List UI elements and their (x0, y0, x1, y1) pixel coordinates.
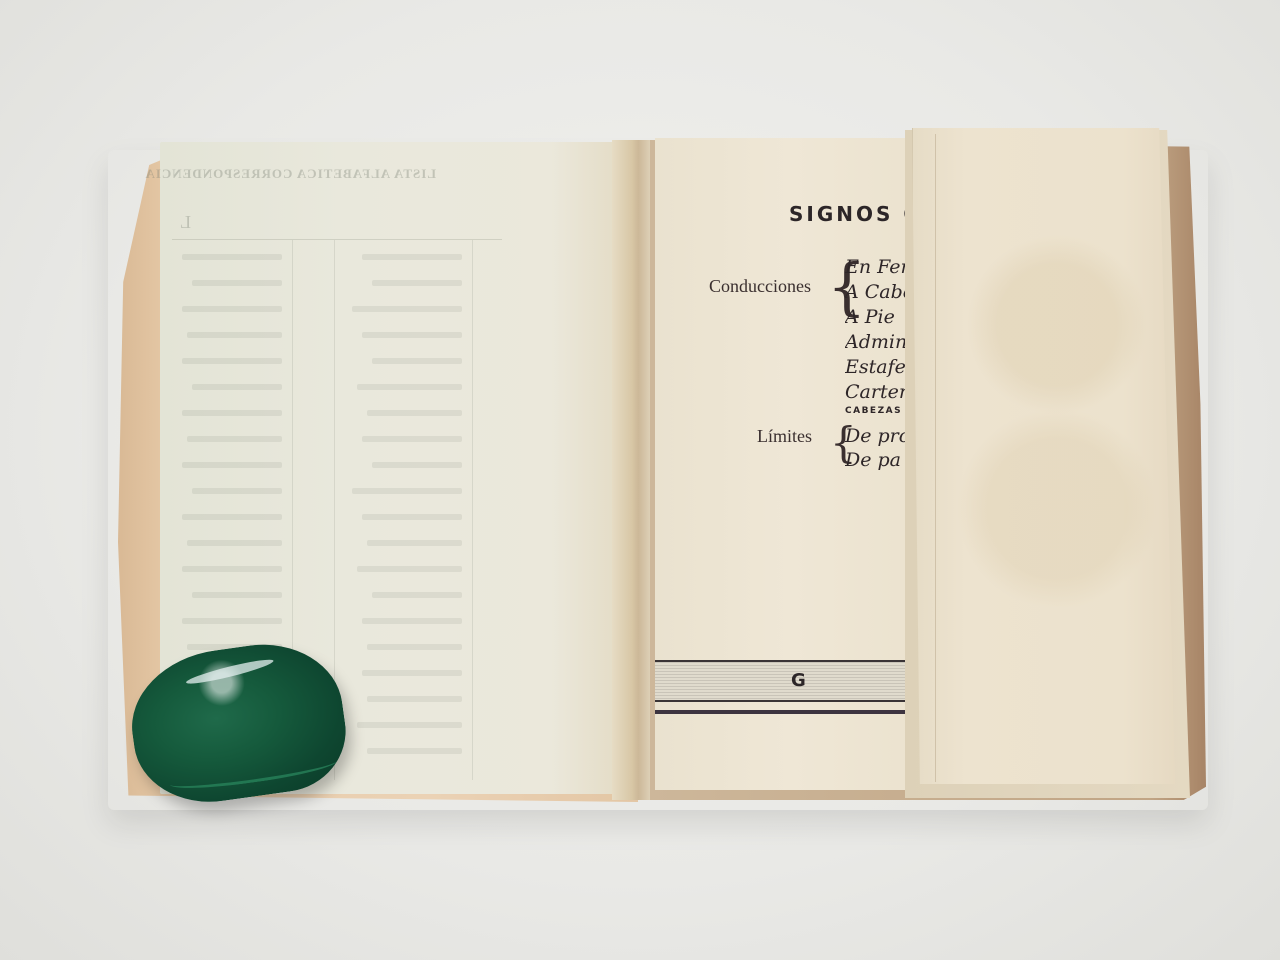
fold-crease (935, 134, 936, 782)
script-item: De pa (845, 449, 915, 471)
table-row (187, 540, 282, 546)
script-item: Estafet (845, 356, 915, 378)
table-row (182, 514, 282, 520)
script-item: En Fer (845, 256, 915, 278)
script-item: De pro (845, 425, 915, 447)
table-row (187, 436, 282, 442)
table-row (352, 306, 462, 312)
section-letter: G (791, 670, 806, 691)
table-row (372, 358, 462, 364)
bleed-through-letter: L (180, 212, 191, 233)
table-row (362, 254, 462, 260)
section-band: G (655, 660, 927, 702)
table-row (182, 462, 282, 468)
table-row (357, 384, 462, 390)
foldout-panel (912, 128, 1175, 784)
table-row (182, 358, 282, 364)
table-row (192, 384, 282, 390)
right-page: SIGNOS CO Conducciones { En Fer A Cabo A… (655, 138, 927, 790)
table-row (182, 254, 282, 260)
table-row (357, 566, 462, 572)
script-item: Carteri (845, 381, 915, 403)
table-divider (472, 240, 473, 780)
table-row (187, 332, 282, 338)
table-row (362, 436, 462, 442)
book-gutter (612, 140, 656, 800)
stone-highlight (185, 656, 275, 687)
table-row (367, 644, 462, 650)
table-row (192, 592, 282, 598)
limites-label: Límites (757, 426, 812, 447)
script-item: A Pie (845, 306, 915, 328)
script-item: Admin (845, 331, 915, 353)
table-row (192, 488, 282, 494)
table-row (182, 306, 282, 312)
conducciones-label: Conducciones (709, 276, 811, 297)
table-row (362, 670, 462, 676)
table-row (192, 280, 282, 286)
table-row (352, 488, 462, 494)
script-item: A Cabo (845, 281, 915, 303)
table-row (362, 618, 462, 624)
table-row (362, 332, 462, 338)
table-row (367, 410, 462, 416)
table-row (372, 592, 462, 598)
table-row (367, 540, 462, 546)
table-row (362, 514, 462, 520)
table-row (182, 618, 282, 624)
rule-bar (655, 710, 927, 714)
table-row (372, 280, 462, 286)
table-row (182, 566, 282, 572)
table-row (367, 696, 462, 702)
table-row (357, 722, 462, 728)
table-row (367, 748, 462, 754)
bleed-through-title: LISTA ALFABETICA CORRESPONDENCIA (186, 166, 436, 182)
table-row (372, 462, 462, 468)
table-row (182, 410, 282, 416)
